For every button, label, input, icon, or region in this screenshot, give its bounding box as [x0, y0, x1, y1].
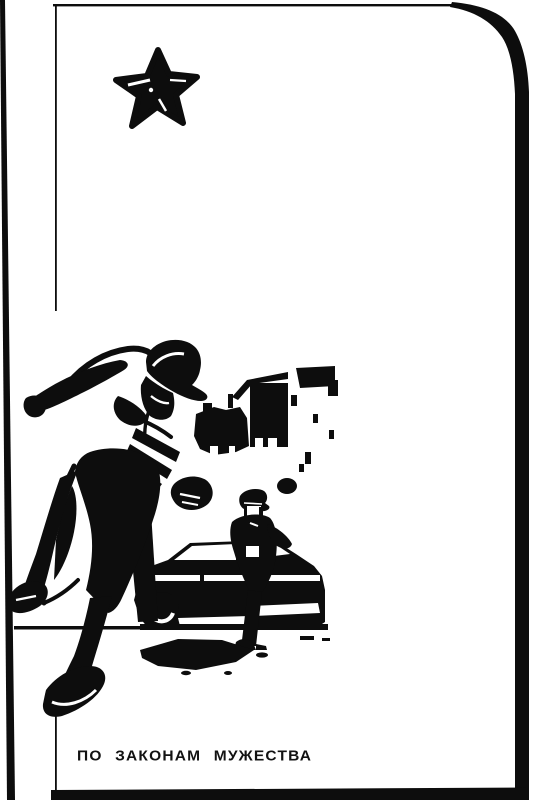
frame-top-line: [53, 4, 460, 6]
sedan-car: [134, 540, 330, 641]
book-page: ПО ЗАКОНАМ МУЖЕСТВА: [0, 0, 537, 800]
frame-right-bar: [450, 2, 529, 800]
left-spine-bar: [0, 0, 15, 800]
frame-bottom-bar: [51, 788, 529, 800]
star-emblem: [116, 50, 197, 126]
city-buildings: [194, 366, 338, 494]
ink-layer: [0, 0, 529, 800]
cover-illustration: [0, 0, 537, 800]
frame-inner-left-top: [55, 5, 57, 311]
book-title: ПО ЗАКОНАМ МУЖЕСТВА: [77, 748, 312, 764]
frame-inner-left-bottom: [55, 713, 57, 790]
